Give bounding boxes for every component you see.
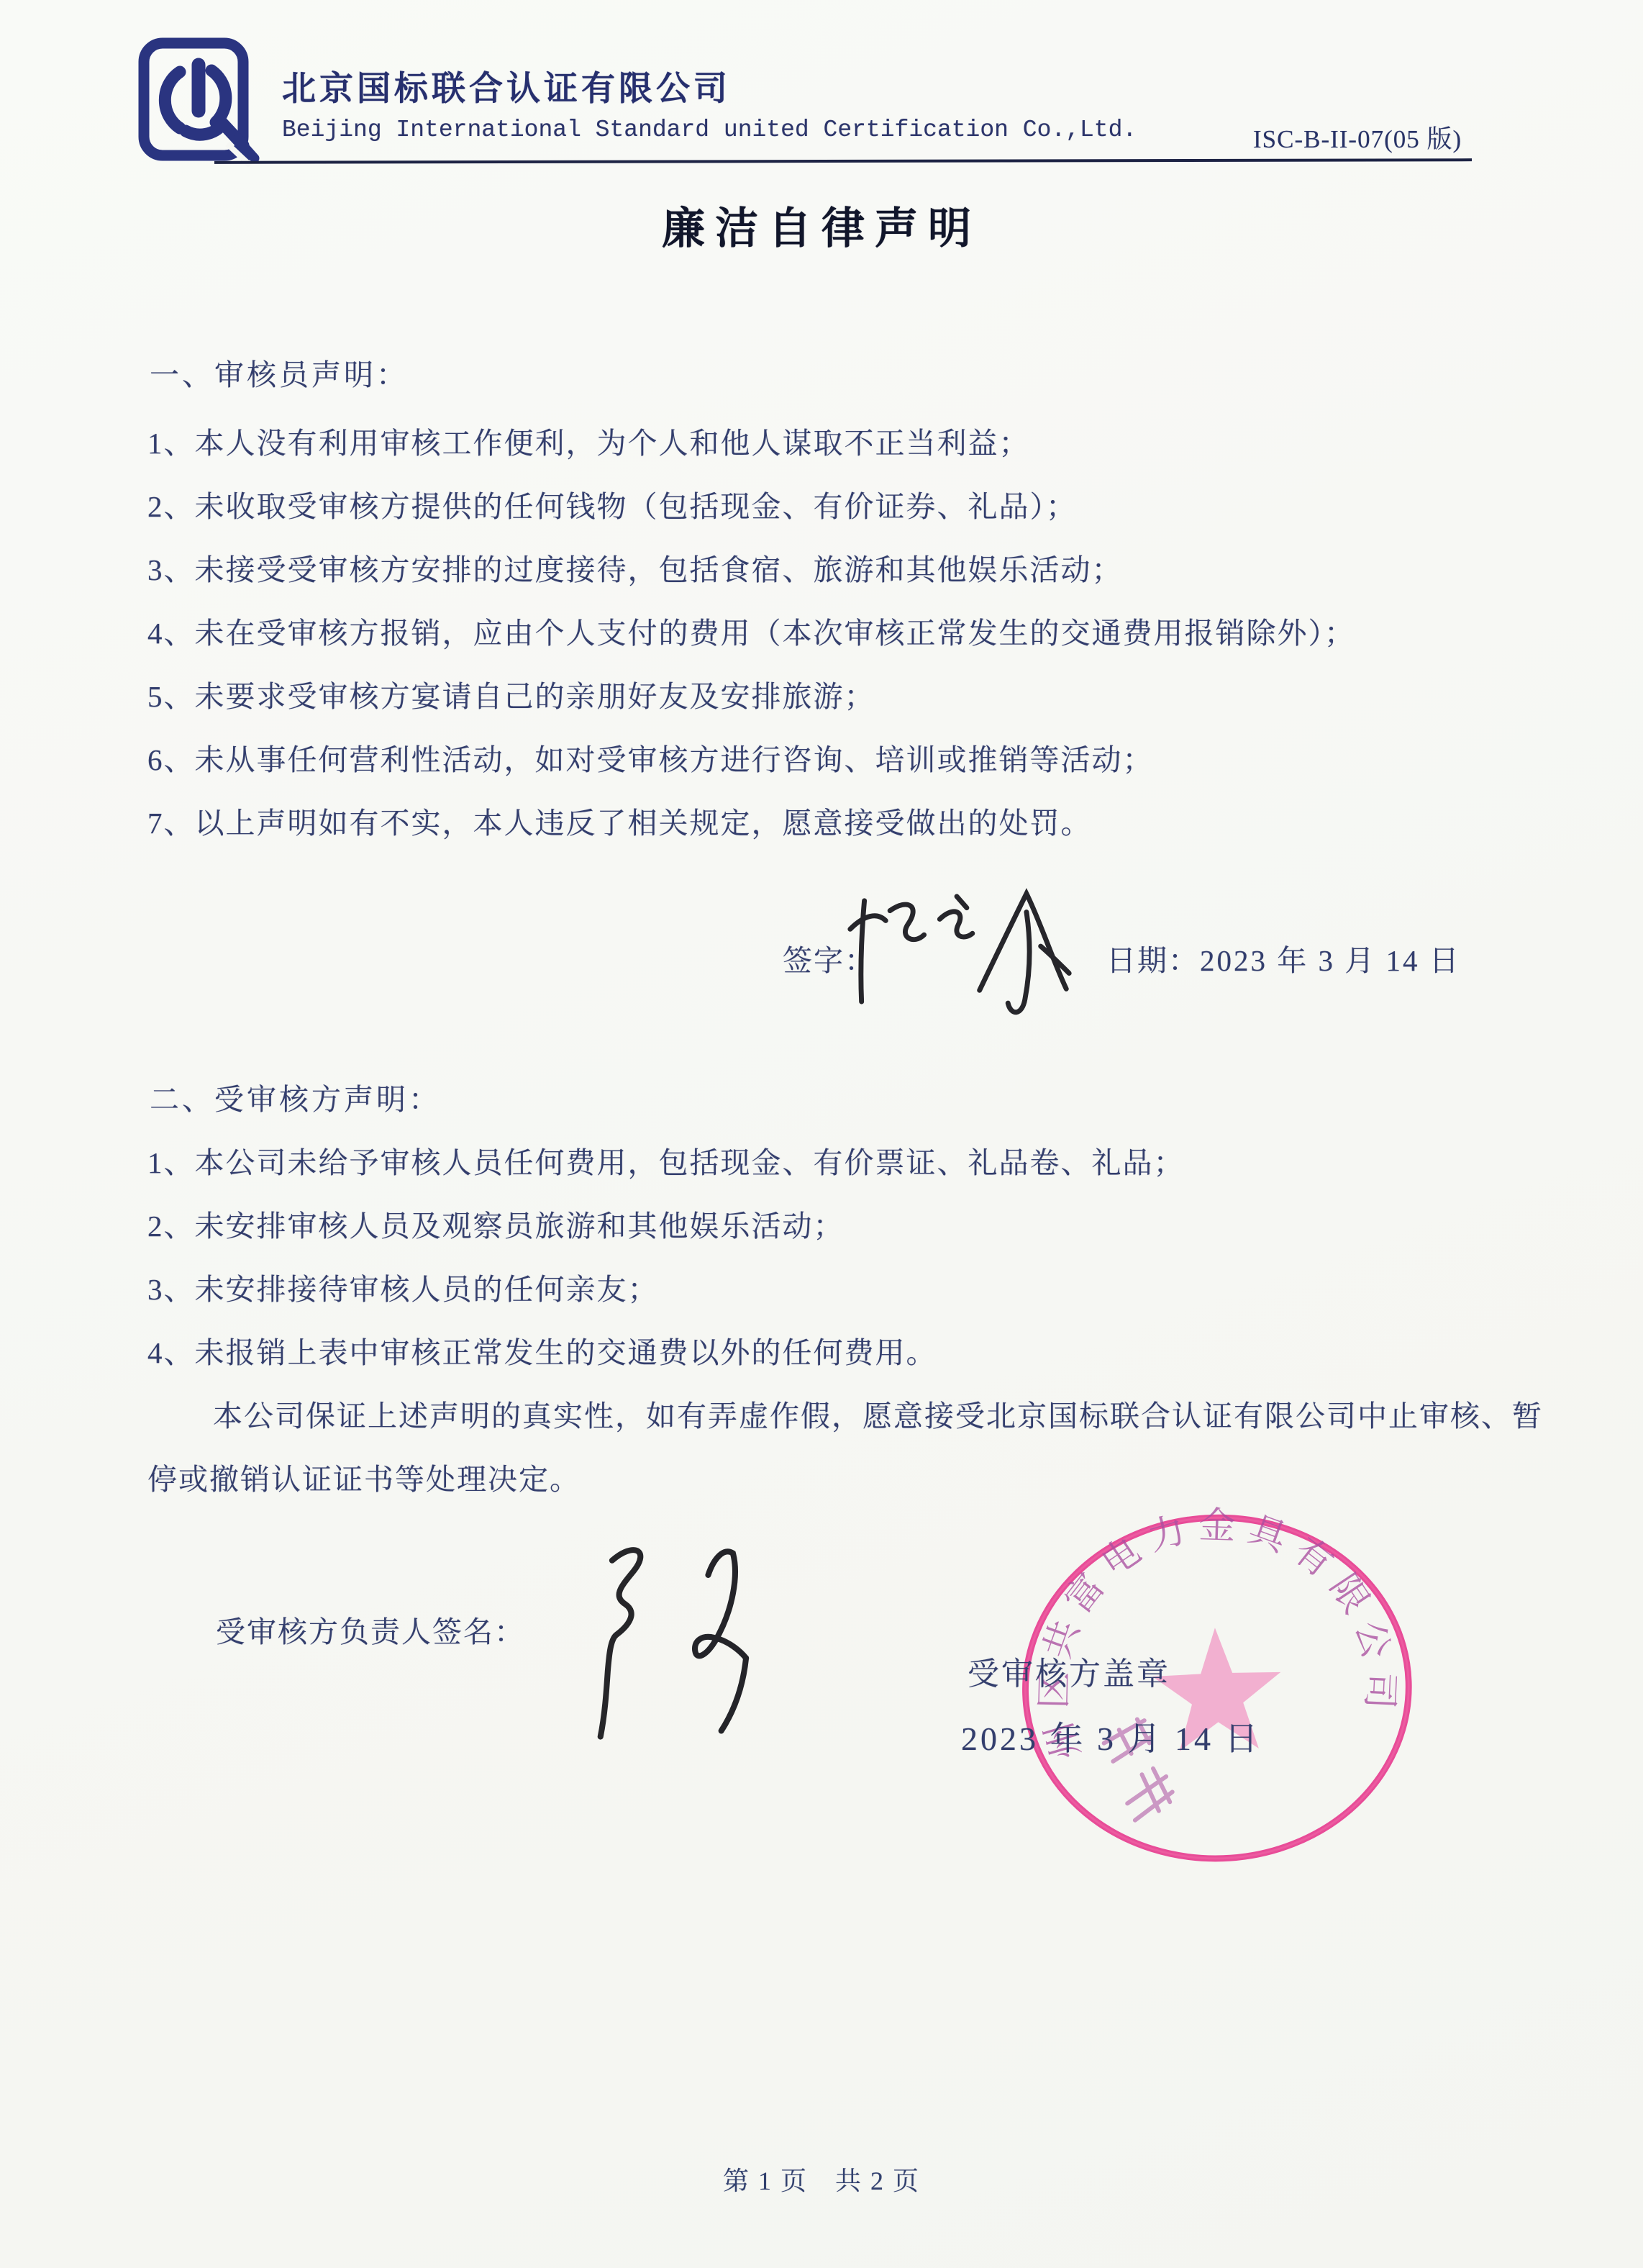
section1-item: 7、以上声明如有不实，本人违反了相关规定，愿意接受做出的处罚。 (147, 799, 1092, 842)
section1-item: 3、未接受受审核方安排的过度接待，包括食宿、旅游和其他娱乐活动； (147, 546, 1123, 589)
document-page: 北京国标联合认证有限公司 Beijing International Stand… (0, 0, 1643, 2268)
section1-item: 2、未收取受审核方提供的任何钱物（包括现金、有价证券、礼品）； (147, 483, 1077, 525)
section1-item: 5、未要求受审核方宴请自己的亲朋好友及安排旅游； (147, 673, 875, 715)
page-title: 廉洁自律声明 (0, 194, 1643, 256)
section2-item: 2、未安排审核人员及观察员旅游和其他娱乐活动； (147, 1202, 845, 1245)
section1-item: 6、未从事任何营利性活动，如对受审核方进行咨询、培训或推销等活动； (147, 736, 1154, 779)
header-company-name-cn: 北京国标联合认证有限公司 (282, 62, 731, 110)
stamp-date: 2023 年 3 月 14 日 (961, 1713, 1261, 1760)
leader-sign-label: 受审核方负责人签名： (216, 1608, 525, 1651)
section2-item: 1、本公司未给予审核人员任何费用，包括现金、有价票证、礼品卷、礼品； (147, 1139, 1185, 1181)
form-code: ISC-B-II-07(05 版) (1253, 119, 1462, 155)
header-divider (214, 158, 1472, 164)
page-footer: 第 1 页 共 2 页 (0, 2161, 1643, 2197)
stamp-label: 受审核方盖章 (968, 1648, 1170, 1694)
pledge-line: 本公司保证上述声明的真实性，如有弄虚作假，愿意接受北京国标联合认证有限公司中止审… (213, 1392, 1543, 1435)
section1-item: 4、未在受审核方报销，应由个人支付的费用（本次审核正常发生的交通费用报销除外）； (147, 609, 1355, 652)
date-label: 日期： (1106, 937, 1199, 979)
section2-item: 4、未报销上表中审核正常发生的交通费以外的任何费用。 (147, 1329, 937, 1371)
auditor-signature (840, 869, 1082, 1026)
date-value: 2023 年 3 月 14 日 (1200, 937, 1461, 979)
section2-heading: 二、受审核方声明： (150, 1076, 441, 1118)
certification-logo-icon (135, 36, 260, 167)
section2-item: 3、未安排接待审核人员的任何亲友； (147, 1266, 659, 1308)
header-company-name-en: Beijing International Standard united Ce… (282, 117, 1137, 143)
section1-heading: 一、审核员声明： (150, 351, 409, 394)
leader-signature (555, 1531, 803, 1750)
section1-item: 1、本人没有利用审核工作便利，为个人和他人谋取不正当利益； (147, 419, 1030, 462)
pledge-line: 停或撤销认证证书等处理决定。 (147, 1456, 581, 1498)
